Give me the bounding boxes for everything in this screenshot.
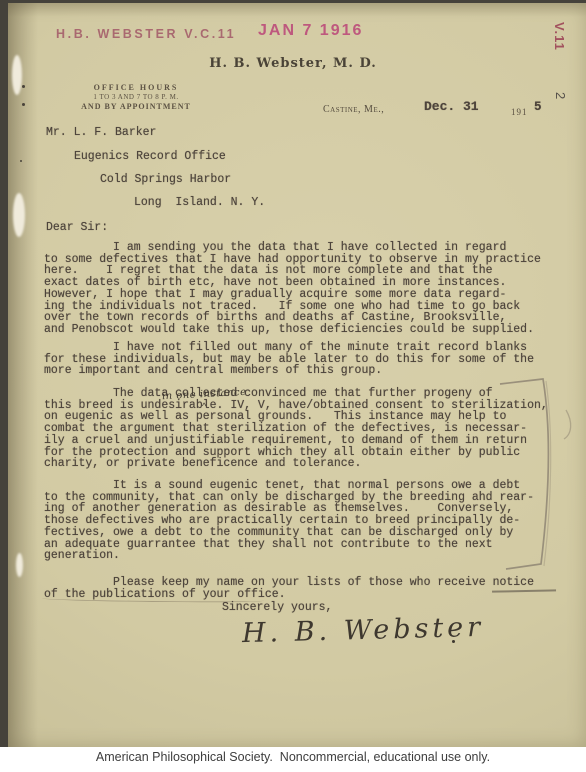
received-date-stamp: JAN 7 1916 — [258, 22, 363, 40]
closing: Sincerely yours, — [222, 602, 332, 614]
letterhead-name: H. B. Webster, M. D. — [0, 56, 586, 71]
signature-period — [452, 640, 455, 643]
office-hours-appointment: AND BY APPOINTMENT — [56, 102, 216, 111]
office-hours-times: 1 TO 3 AND 7 TO 8 P. M. — [56, 93, 216, 101]
printed-year: 191 — [511, 107, 528, 117]
archive-page-mark: 2 — [553, 92, 568, 99]
typed-year-digit: 5 — [534, 102, 542, 114]
recipient-org: Eugenics Record Office — [74, 151, 226, 163]
pencil-margin-bracket — [480, 368, 586, 583]
staple-hole — [20, 160, 22, 162]
typed-date: Dec. 31 — [424, 101, 479, 113]
owner-name-stamp: H.B. WEBSTER V.C.11 — [56, 27, 236, 41]
archive-volume-mark: V.11 — [552, 22, 567, 51]
staple-hole — [22, 103, 25, 106]
recipient-state: Long Island. N. Y. — [134, 197, 265, 209]
staple-hole — [22, 85, 25, 88]
office-hours-title: OFFICE HOURS — [56, 83, 216, 92]
paper-top-shadow — [8, 3, 586, 17]
salutation: Dear Sir: — [46, 222, 108, 234]
caption-text: American Philosophical Society. Noncomme… — [0, 750, 586, 764]
signature: H. B. Webster — [242, 612, 485, 649]
recipient-city: Cold Springs Harbor — [100, 174, 231, 186]
office-hours-block: OFFICE HOURS 1 TO 3 AND 7 TO 8 P. M. AND… — [56, 83, 216, 111]
recipient-name: Mr. L. F. Barker — [46, 127, 156, 139]
letterhead-place: Castine, Me., — [323, 104, 384, 115]
insertion-caret: ^ — [202, 401, 206, 411]
paper-edge-shadow — [8, 3, 38, 747]
paper-tear-mark — [13, 193, 25, 237]
paragraph-1: I am sending you the data that I have co… — [44, 242, 558, 336]
paper-tear-mark — [16, 553, 23, 577]
